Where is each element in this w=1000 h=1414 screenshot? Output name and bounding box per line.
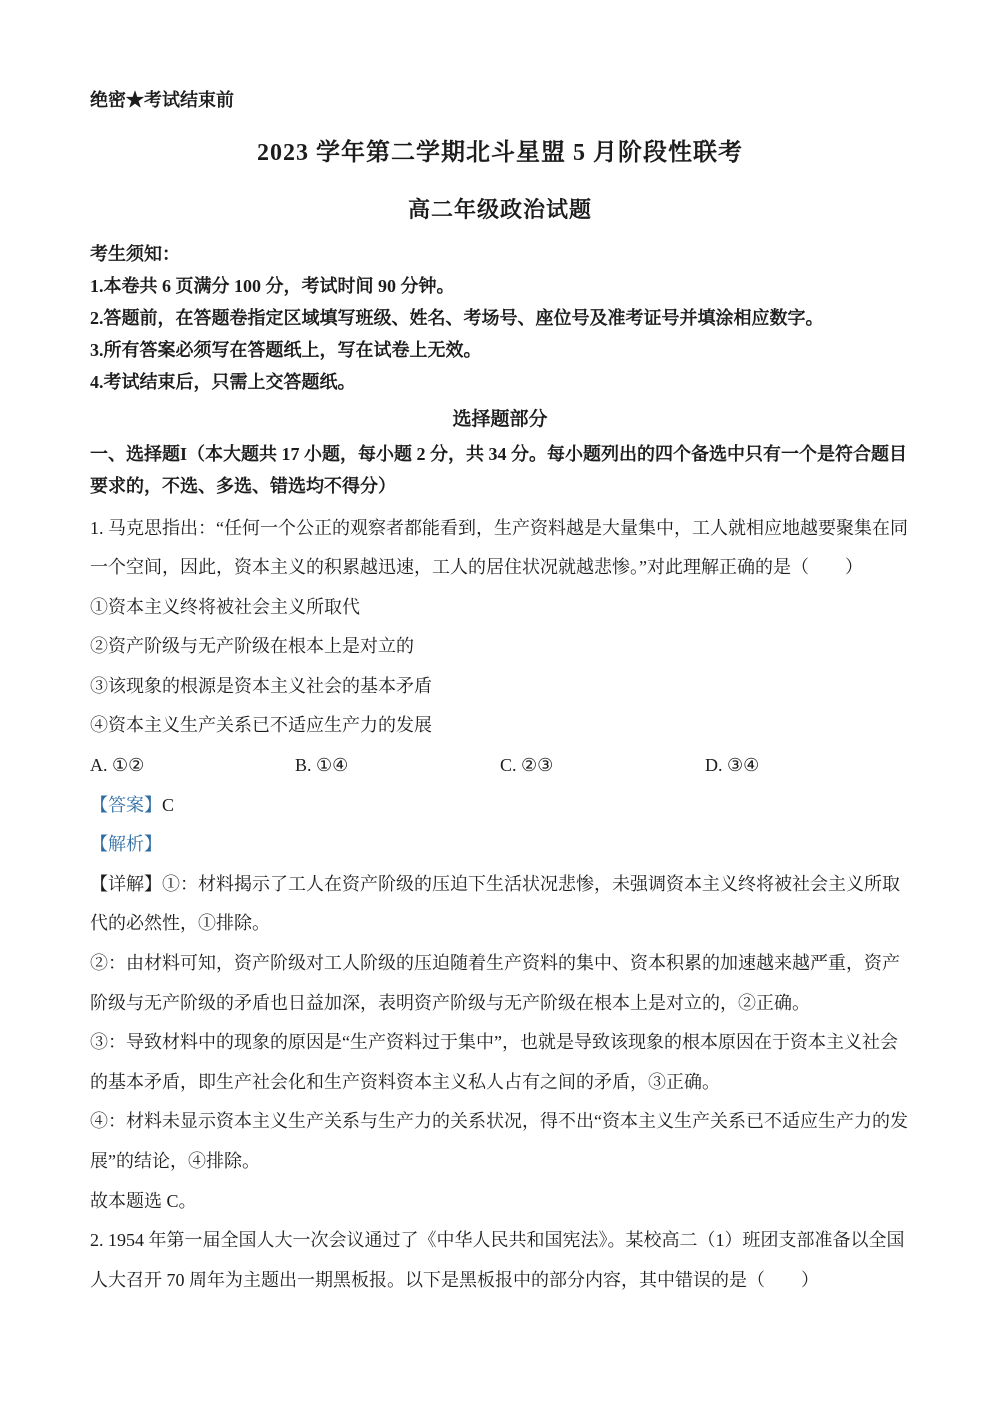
question-1-block: 1. 马克思指出：“任何一个公正的观察者都能看到，生产资料越是大量集中，工人就相…	[90, 509, 910, 1222]
notice-item-2: 2.答题前，在答题卷指定区域填写班级、姓名、考场号、座位号及准考证号并填涂相应数…	[90, 302, 910, 334]
choice-a: A. ①②	[90, 746, 295, 786]
choice-c: C. ②③	[500, 746, 705, 786]
explanation-paragraph-1: 【详解】①：材料揭示了工人在资产阶级的压迫下生活状况悲惨，未强调资本主义终将被社…	[90, 865, 910, 944]
answer-value: C	[162, 795, 174, 815]
question-1-choices-row: A. ①② B. ①④ C. ②③ D. ③④	[90, 746, 910, 786]
exam-title: 2023 学年第二学期北斗星盟 5 月阶段性联考	[90, 132, 910, 167]
exam-subtitle: 高二年级政治试题	[90, 193, 910, 224]
choice-b: B. ①④	[295, 746, 500, 786]
choice-d: D. ③④	[705, 746, 910, 786]
explanation-paragraph-4: ④：材料未显示资本主义生产关系与生产力的关系状况，得不出“资本主义生产关系已不适…	[90, 1102, 910, 1181]
section-instruction: 一、选择题I（本大题共 17 小题，每小题 2 分，共 34 分。每小题列出的四…	[90, 438, 910, 502]
analysis-label: 【解析】	[90, 834, 162, 854]
answer-line: 【答案】C	[90, 786, 910, 826]
notice-item-4: 4.考试结束后，只需上交答题纸。	[90, 366, 910, 398]
notice-item-3: 3.所有答案必须写在答题纸上，写在试卷上无效。	[90, 334, 910, 366]
analysis-line: 【解析】	[90, 825, 910, 865]
question-2-stem: 2. 1954 年第一届全国人大一次会议通过了《中华人民共和国宪法》。某校高二（…	[90, 1221, 910, 1300]
section-part-title: 选择题部分	[90, 404, 910, 436]
question-1-statement-1: ①资本主义终将被社会主义所取代	[90, 588, 910, 628]
notice-heading: 考生须知：	[90, 238, 910, 270]
question-1-statement-2: ②资产阶级与无产阶级在根本上是对立的	[90, 627, 910, 667]
candidate-notice: 考生须知： 1.本卷共 6 页满分 100 分，考试时间 90 分钟。 2.答题…	[90, 238, 910, 398]
answer-label: 【答案】	[90, 795, 162, 815]
question-1-statement-3: ③该现象的根源是资本主义社会的基本矛盾	[90, 667, 910, 707]
conclusion-text: 故本题选 C。	[90, 1182, 910, 1222]
question-1-stem: 1. 马克思指出：“任何一个公正的观察者都能看到，生产资料越是大量集中，工人就相…	[90, 509, 910, 588]
notice-item-1: 1.本卷共 6 页满分 100 分，考试时间 90 分钟。	[90, 270, 910, 302]
question-1-statement-4: ④资本主义生产关系已不适应生产力的发展	[90, 706, 910, 746]
explanation-paragraph-2: ②：由材料可知，资产阶级对工人阶级的压迫随着生产资料的集中、资本积累的加速越来越…	[90, 944, 910, 1023]
explanation-paragraph-3: ③：导致材料中的现象的原因是“生产资料过于集中”，也就是导致该现象的根本原因在于…	[90, 1023, 910, 1102]
question-2-block: 2. 1954 年第一届全国人大一次会议通过了《中华人民共和国宪法》。某校高二（…	[90, 1221, 910, 1300]
exam-paper-page: 绝密★考试结束前 2023 学年第二学期北斗星盟 5 月阶段性联考 高二年级政治…	[0, 0, 1000, 1414]
classification-label: 绝密★考试结束前	[90, 86, 910, 112]
